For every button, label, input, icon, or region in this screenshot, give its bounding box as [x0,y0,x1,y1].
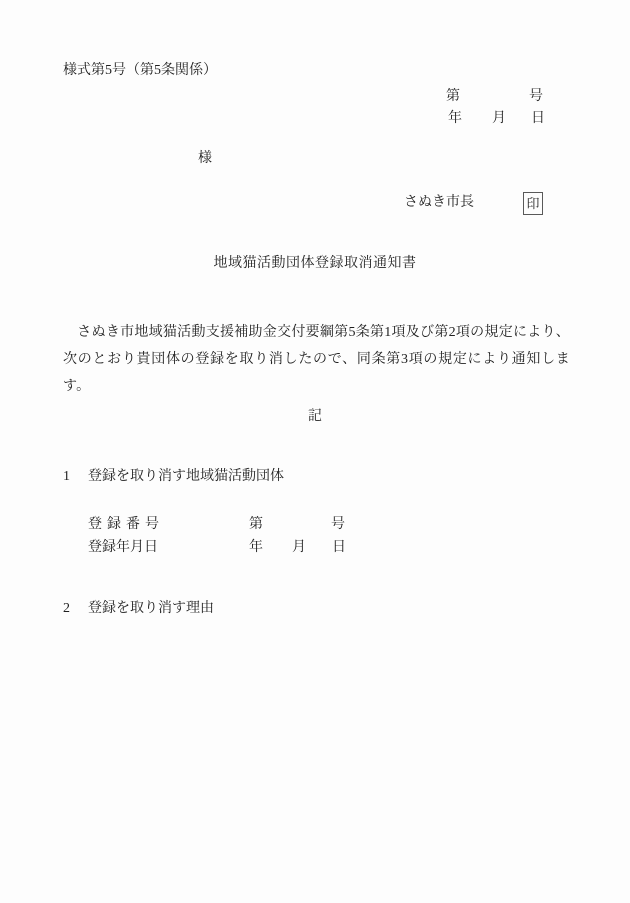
sender-title: さぬき市長 [404,195,474,211]
doc-number-prefix: 第 [446,89,460,105]
notice-document-page: 様式第5号（第5条関係） 第 号 年 月 日 様 さぬき市長 印 地域猫活動団体… [0,0,630,903]
seal-label: 印 [526,197,539,210]
item-2-number: 2 [63,601,70,617]
registration-number-suffix: 号 [331,517,345,533]
item-1-label: 登録を取り消す地域猫活動団体 [88,469,284,485]
registration-date-year: 年 [249,540,263,556]
registration-date-label: 登録年月日 [88,540,158,556]
seal-box: 印 [523,192,543,215]
date-month-label: 月 [492,111,506,127]
registration-number-prefix: 第 [249,517,263,533]
date-year-label: 年 [448,111,462,127]
registration-number-label: 登録番号 [88,517,164,533]
date-day-label: 日 [531,111,545,127]
registration-date-day: 日 [332,540,346,556]
doc-number-suffix: 号 [529,89,543,105]
body-paragraph: さぬき市地域猫活動支援補助金交付要綱第5条第1項及び第2項の規定により、次のとお… [63,319,570,400]
form-number: 様式第5号（第5条関係） [63,63,217,79]
ki-marker: 記 [0,409,630,425]
registration-date-month: 月 [292,540,306,556]
document-title: 地域猫活動団体登録取消通知書 [0,256,630,272]
item-2-label: 登録を取り消す理由 [88,601,214,617]
item-1-number: 1 [63,469,70,485]
addressee-honorific: 様 [198,151,212,167]
